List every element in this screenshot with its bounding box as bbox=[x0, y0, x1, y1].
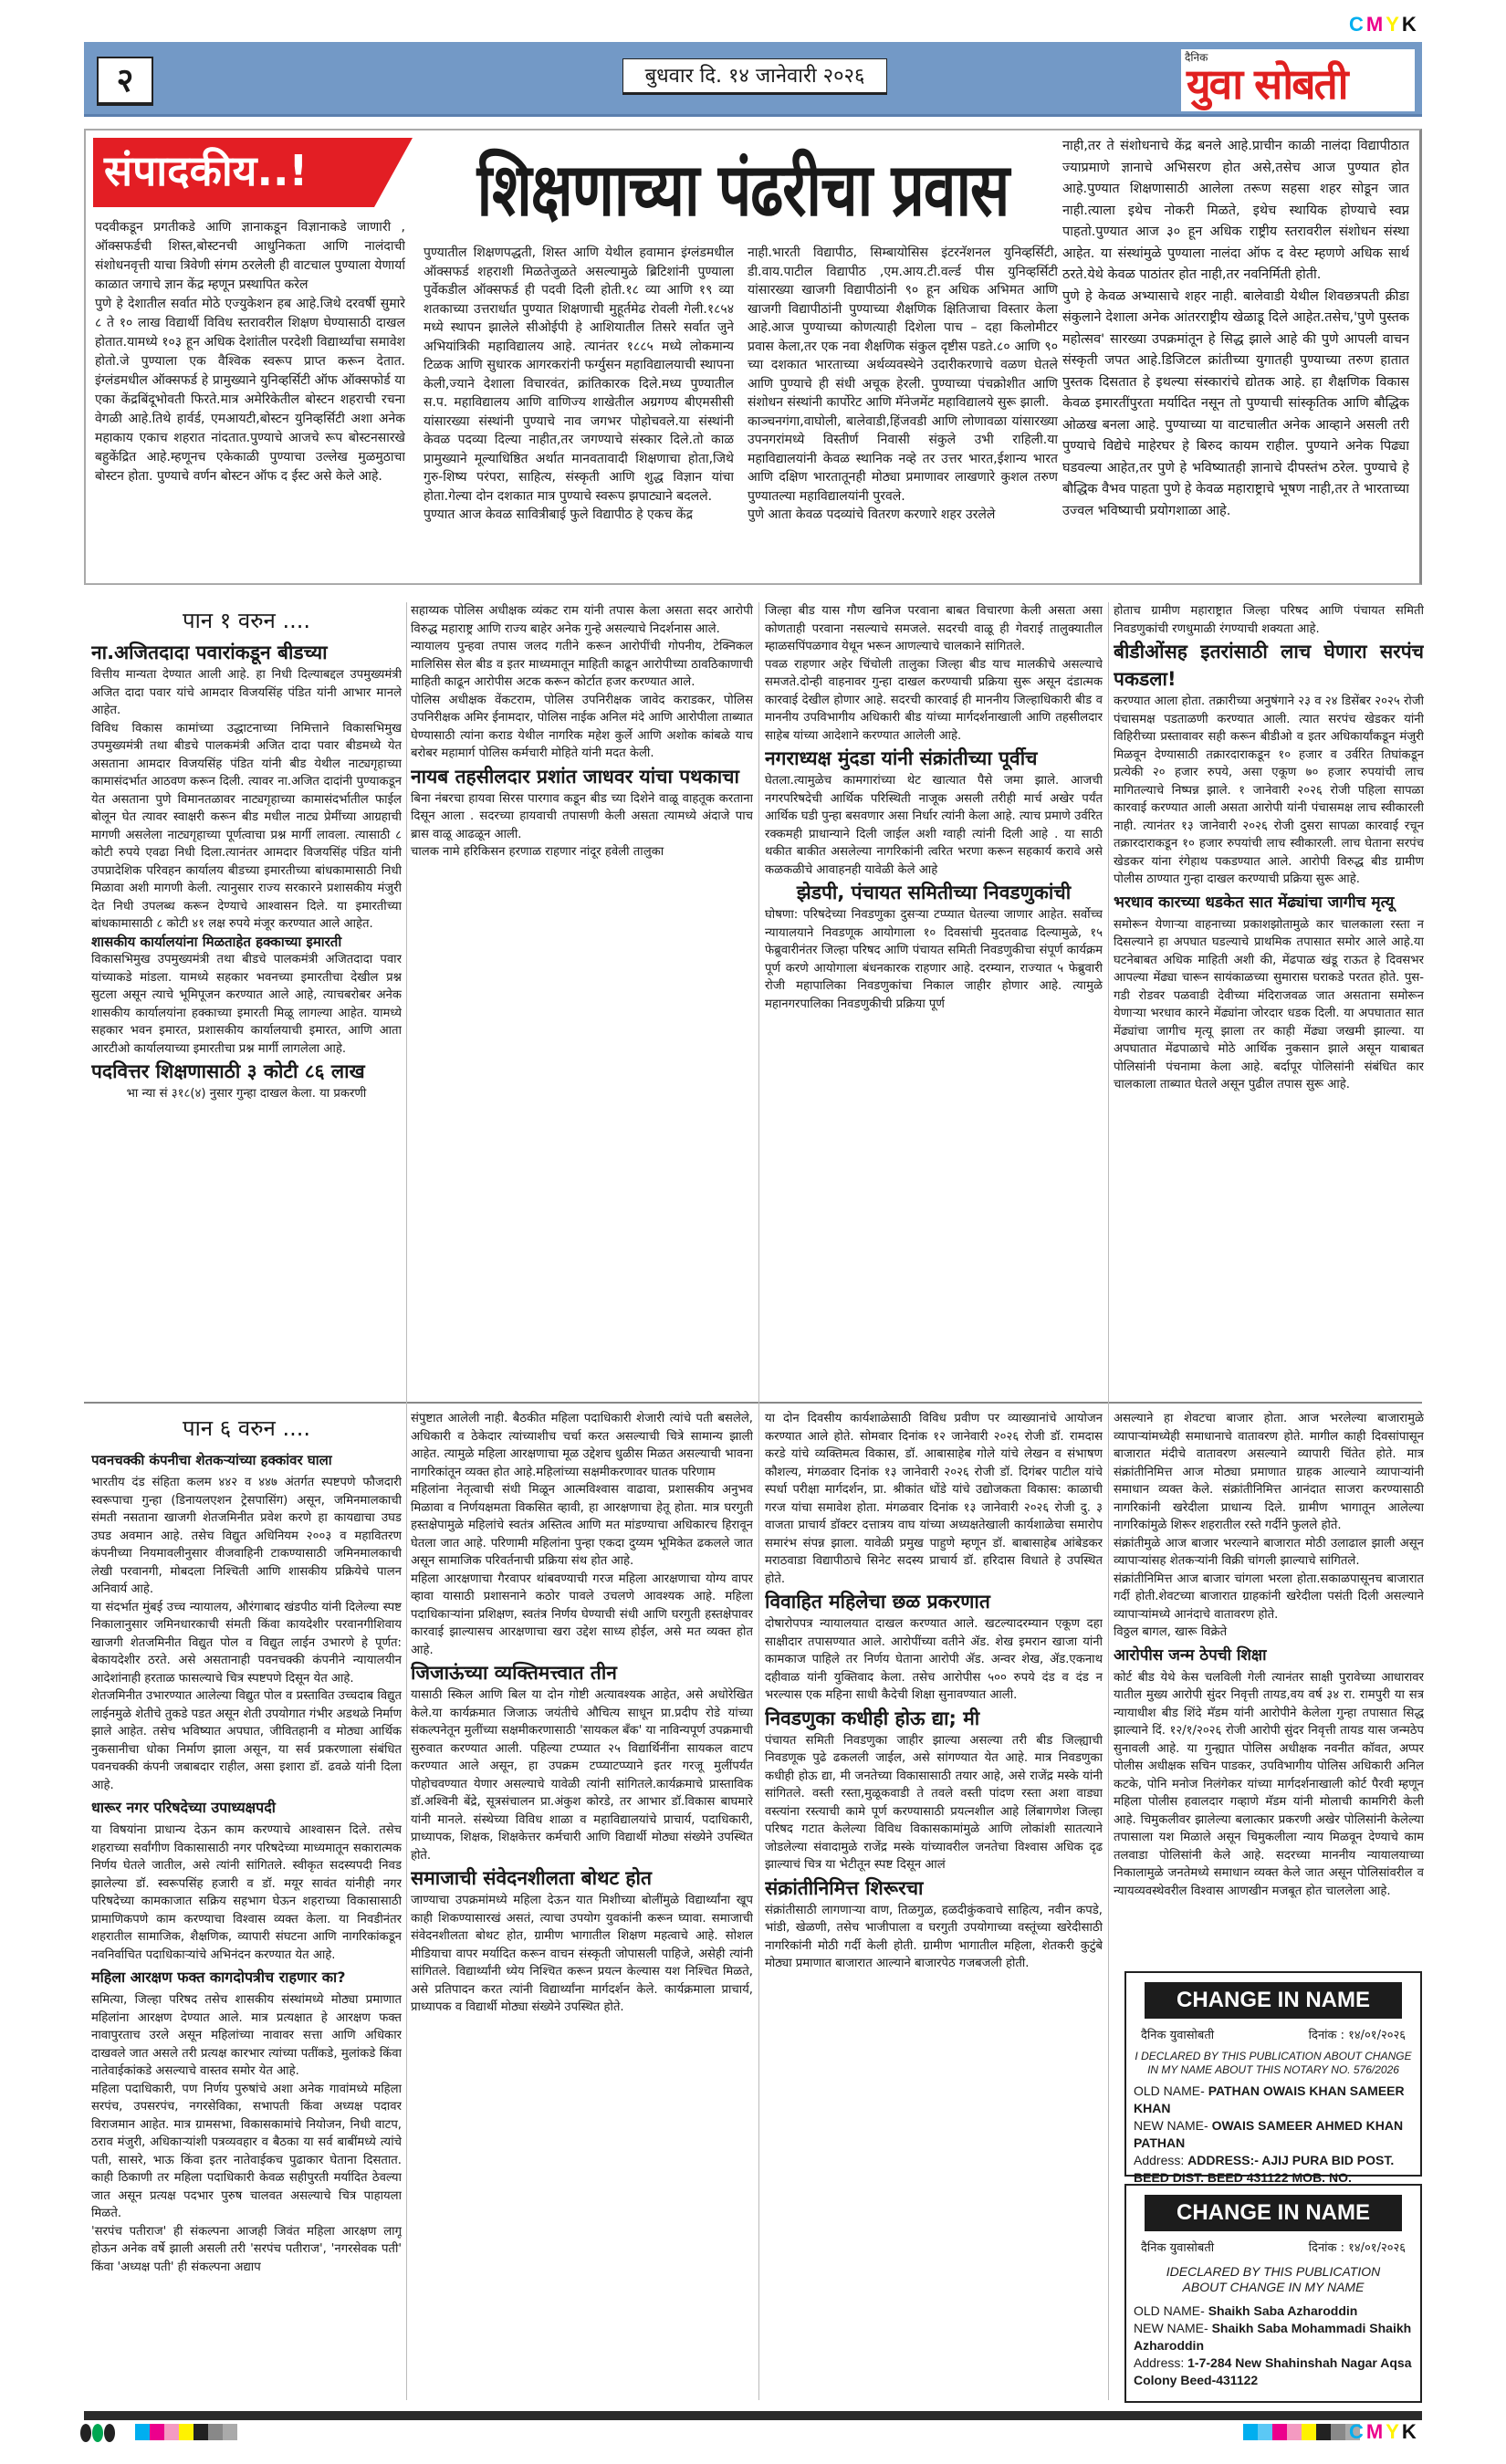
notice-publication: दैनिक युवासोबती bbox=[1141, 2026, 1214, 2042]
notice-old-name: OLD NAME- Shaikh Saba Azharoddin bbox=[1126, 2302, 1420, 2320]
notice-new-name: NEW NAME- OWAIS SAMEER AHMED KHAN PATHAN bbox=[1126, 2117, 1420, 2152]
logo-title: युवा सोबती bbox=[1187, 57, 1347, 111]
change-in-name-notice: CHANGE IN NAME दैनिक युवासोबती दिनांक : … bbox=[1124, 1971, 1422, 2177]
notice-publication: दैनिक युवासोबती bbox=[1141, 2239, 1214, 2255]
story-heading: समाजाची संवेदनशीलता बोथट होत bbox=[411, 1864, 753, 1892]
cmyk-mark-top: CMYK bbox=[1349, 13, 1419, 37]
page1-continued-column-4: होताच ग्रामीण महाराष्ट्रात जिल्हा परिषद … bbox=[1114, 602, 1424, 1396]
editorial-banner: संपादकीय..! bbox=[93, 138, 413, 207]
story-heading: जिजाऊंच्या व्यक्तिमत्त्वात तीन bbox=[411, 1659, 753, 1686]
notice-date: दिनांक : १४/०१/२०२६ bbox=[1309, 2026, 1406, 2042]
color-bar-right bbox=[1243, 2424, 1360, 2440]
page6-continued-column-4: असल्याने हा शेवटचा बाजार होता. आज भरलेल्… bbox=[1114, 1410, 1424, 1976]
footer-rule bbox=[84, 2411, 1422, 2420]
editorial-column-3: नाही.भारती विद्यापीठ, सिम्बायोसिस इंटरनॅ… bbox=[748, 244, 1058, 581]
notice-title: CHANGE IN NAME bbox=[1145, 2195, 1402, 2231]
story-heading: नगराध्यक्ष मुंदडा यांनी संक्रांतीच्या पू… bbox=[765, 745, 1103, 772]
story-heading: धारूर नगर परिषदेच्या उपाध्यक्षपदी bbox=[91, 1794, 402, 1822]
story-heading: विवाहित महिलेचा छळ प्रकरणात bbox=[765, 1588, 1103, 1615]
cmyk-mark-bottom: CMYK bbox=[1349, 2420, 1419, 2444]
editorial-column-2: पुण्यातील शिक्षणपद्धती, शिस्त आणि येथील … bbox=[424, 244, 734, 581]
notice-declaration: IDECLARED BY THIS PUBLICATION ABOUT CHAN… bbox=[1126, 2257, 1420, 2302]
page6-continued-label: पान ६ वरुन .... bbox=[91, 1410, 402, 1446]
notice-declaration: I DECLARED BY THIS PUBLICATION ABOUT CHA… bbox=[1126, 2044, 1420, 2083]
editorial-section: संपादकीय..! शिक्षणाच्या पंढरीचा प्रवास प… bbox=[84, 129, 1422, 585]
page6-continued-column-3: या दोन दिवसीय कार्यशाळेसाठी विविध प्रवीण… bbox=[765, 1410, 1103, 2405]
page-number: २ bbox=[97, 57, 153, 106]
notice-title: CHANGE IN NAME bbox=[1145, 1982, 1402, 2019]
story-heading: ना.अजितदादा पवारांकडून बीडच्या bbox=[91, 639, 402, 666]
editorial-headline: शिक्षणाच्या पंढरीचा प्रवास bbox=[424, 145, 1062, 236]
page1-continued-column-3: जिल्हा बीड यास गौण खनिज परवाना बाबत विचा… bbox=[765, 602, 1103, 1396]
section-divider bbox=[84, 1402, 1422, 1404]
story-heading: संक्रांतीनिमित्त शिरूरचा bbox=[765, 1874, 1103, 1902]
page1-continued-column-1: पान १ वरुन .... ना.अजितदादा पवारांकडून ब… bbox=[91, 602, 402, 1396]
color-bar-left bbox=[135, 2424, 237, 2440]
page1-continued-column-2: सहाय्यक पोलिस अधीक्षक व्यंकट राम यांनी त… bbox=[411, 602, 753, 1396]
story-heading: नायब तहसीलदार प्रशांत जाधवर यांचा पथकाचा bbox=[411, 763, 753, 790]
column-rule bbox=[406, 602, 407, 2400]
editorial-column-1: पदवीकडून प्रगतीकडे आणि ज्ञानाकडून विज्ञा… bbox=[95, 218, 405, 583]
notice-new-name: NEW NAME- Shaikh Saba Mohammadi Shaikh A… bbox=[1126, 2320, 1420, 2354]
newspaper-logo: दैनिक युवा सोबती bbox=[1181, 49, 1415, 111]
page6-continued-column-1: पान ६ वरुन .... पवनचक्की कंपनीचा शेतकऱ्य… bbox=[91, 1410, 402, 2405]
story-heading: पदवित्तर शिक्षणासाठी ३ कोटी ८६ लाख bbox=[91, 1058, 402, 1085]
story-heading: बीडीओंसह इतरांसाठी लाच घेणारा सरपंच पकडल… bbox=[1114, 638, 1424, 693]
story-heading: महिला आरक्षण फक्त कागदोपत्रीच राहणार का? bbox=[91, 1964, 402, 1991]
notice-old-name: OLD NAME- PATHAN OWAIS KHAN SAMEER KHAN bbox=[1126, 2083, 1420, 2117]
notice-date: दिनांक : १४/०१/२०२६ bbox=[1309, 2239, 1406, 2255]
column-rule bbox=[758, 602, 759, 2400]
story-heading: झेडपी, पंचायत समितीच्या निवडणुकांची bbox=[765, 879, 1103, 906]
masthead: २ बुधवार दि. १४ जानेवारी २०२६ दैनिक युवा… bbox=[84, 42, 1422, 117]
editorial-column-4: नाही,तर ते संशोधनाचे केंद्र बनले आहे.प्र… bbox=[1062, 136, 1409, 581]
page6-continued-column-2: संपुष्टात आलेली नाही. बैठकीत महिला पदाधि… bbox=[411, 1410, 753, 2405]
change-in-name-notice: CHANGE IN NAME दैनिक युवासोबती दिनांक : … bbox=[1124, 2184, 1422, 2403]
notice-address: Address: 1-7-284 New Shahinshah Nagar Aq… bbox=[1126, 2354, 1420, 2389]
issue-date: बुधवार दि. १४ जानेवारी २०२६ bbox=[622, 58, 887, 95]
registration-marks bbox=[80, 2424, 115, 2442]
story-heading: पवनचक्की कंपनीचा शेतकऱ्यांच्या हक्कांवर … bbox=[91, 1446, 402, 1474]
story-subheading: शासकीय कार्यालयांना मिळताहेत हक्काच्या इ… bbox=[91, 934, 402, 952]
story-heading: निवडणुका कधीही होऊ द्या; मी bbox=[765, 1705, 1103, 1732]
page1-continued-label: पान १ वरुन .... bbox=[91, 602, 402, 639]
story-heading: भरधाव कारच्या धडकेत सात मेंढ्यांचा जागीच… bbox=[1114, 889, 1424, 916]
story-heading: आरोपीस जन्म ठेपची शिक्षा bbox=[1114, 1642, 1424, 1669]
column-rule bbox=[1108, 602, 1109, 2400]
